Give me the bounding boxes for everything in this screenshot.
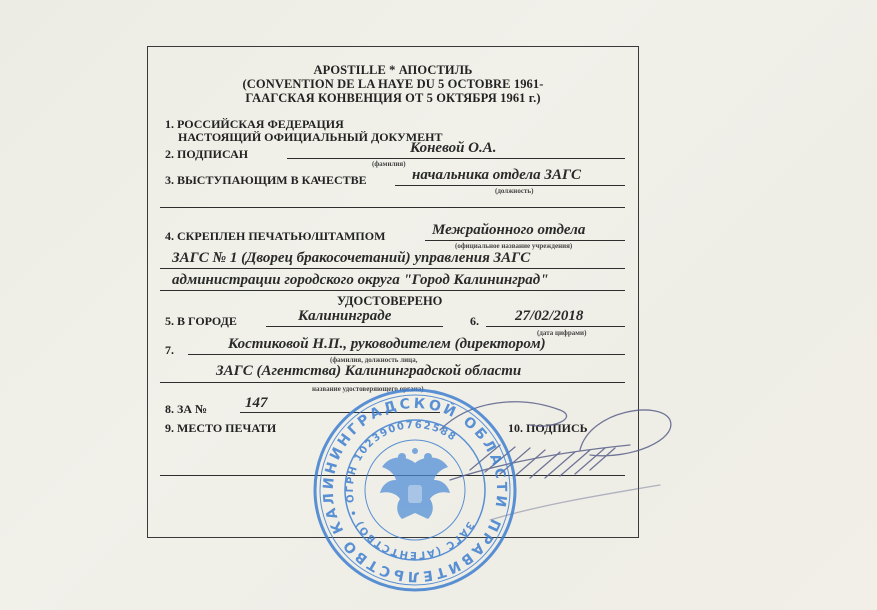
field-7-line-1 xyxy=(188,354,625,355)
official-stamp: ПРАВИТЕЛЬСТВО КАЛИНИНГРАДСКОЙ ОБЛАСТИ ЗА… xyxy=(310,385,520,595)
field-4-label: 4. СКРЕПЛЕН ПЕЧАТЬЮ/ШТАМПОМ xyxy=(165,229,385,244)
field-6-label: 6. xyxy=(470,314,479,329)
field-4-institution-2: ЗАГС № 1 (Дворец бракосочетаний) управле… xyxy=(172,250,530,267)
field-7-authority: ЗАГС (Агентства) Калининградской области xyxy=(216,363,521,380)
field-5-line xyxy=(266,326,443,327)
field-4-institution-1: Межрайонного отдела xyxy=(432,222,585,239)
apostille-title: APOSTILLE * АПОСТИЛЬ xyxy=(147,63,639,78)
field-6-line xyxy=(486,326,625,327)
field-3-label: 3. ВЫСТУПАЮЩИМ В КАЧЕСТВЕ xyxy=(165,173,367,188)
field-4-institution-3: администрации городского округа "Город К… xyxy=(172,272,549,289)
field-1-document: НАСТОЯЩИЙ ОФИЦИАЛЬНЫЙ ДОКУМЕНТ xyxy=(178,130,442,145)
field-7-line-2 xyxy=(160,382,625,383)
field-2-line xyxy=(287,158,625,159)
field-4-line-2 xyxy=(160,268,625,269)
certified-heading: УДОСТОВЕРЕНО xyxy=(337,294,442,309)
field-8-number: 147 xyxy=(245,395,268,412)
field-8-label: 8. ЗА № xyxy=(165,402,207,417)
field-7-label: 7. xyxy=(165,343,174,358)
field-7-certifier: Костиковой Н.П., руководителем (директор… xyxy=(228,336,546,353)
field-2-label: 2. ПОДПИСАН xyxy=(165,147,248,162)
field-4-caption: (официальное название учреждения) xyxy=(455,242,572,250)
field-2-caption: (фамилия) xyxy=(372,160,406,168)
field-4-line-1 xyxy=(425,240,625,241)
convention-russian: ГААГСКАЯ КОНВЕНЦИЯ ОТ 5 ОКТЯБРЯ 1961 г.) xyxy=(147,91,639,106)
field-3-caption: (должность) xyxy=(495,187,533,195)
field-3-capacity: начальника отдела ЗАГС xyxy=(412,167,581,184)
field-9-label: 9. МЕСТО ПЕЧАТИ xyxy=(165,421,276,436)
field-6-date: 27/02/2018 xyxy=(515,308,583,325)
field-5-label: 5. В ГОРОДЕ xyxy=(165,314,237,329)
field-2-signed-by: Коневой О.А. xyxy=(410,140,497,157)
double-headed-eagle-icon xyxy=(380,448,450,519)
field-3-line xyxy=(395,185,625,186)
field-4-line-3 xyxy=(160,290,625,291)
field-5-city: Калининграде xyxy=(298,308,391,325)
convention-french: (CONVENTION DE LA HAYE DU 5 OCTOBRE 1961… xyxy=(147,77,639,92)
field-3-extra-line xyxy=(160,207,625,208)
